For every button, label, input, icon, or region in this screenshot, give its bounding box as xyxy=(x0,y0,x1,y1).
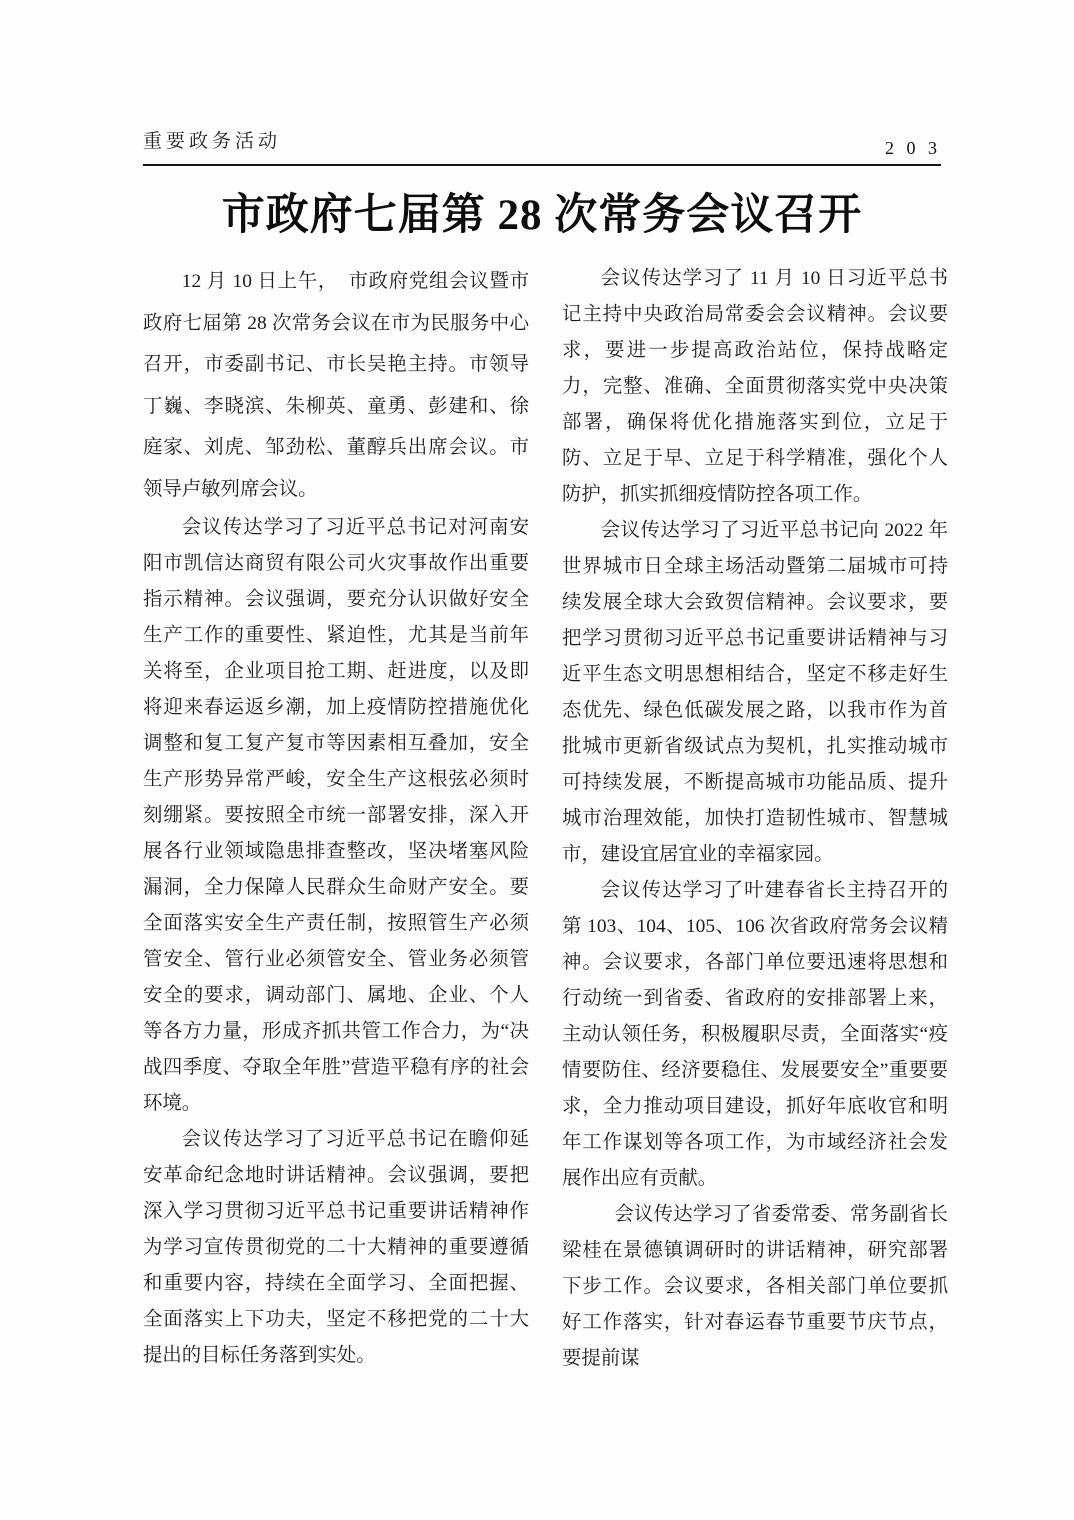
article-body: 12 月 10 日上午， 市政府党组会议暨市政府七届第 28 次常务会议在市为民… xyxy=(143,261,948,1377)
article-title: 市政府七届第 28 次常务会议召开 xyxy=(134,181,950,242)
paragraph-provincial-meetings: 会议传达学习了叶建春省长主持召开的第 103、104、105、106 次省政府常… xyxy=(562,873,948,1197)
document-page: 重要政务活动 2 0 3 市政府七届第 28 次常务会议召开 12 月 10 日… xyxy=(0,0,1074,1520)
header-rule xyxy=(143,164,941,166)
running-head: 重要政务活动 2 0 3 xyxy=(143,126,941,161)
right-column: 会议传达学习了 11 月 10 日习近平总书记主持中央政治局常委会会议精神。会议… xyxy=(562,261,948,1377)
section-label: 重要政务活动 xyxy=(143,126,281,161)
left-column: 12 月 10 日上午， 市政府党组会议暨市政府七届第 28 次常务会议在市为民… xyxy=(143,261,529,1377)
paragraph-yanan-speech: 会议传达学习了习近平总书记在瞻仰延安革命纪念地时讲话精神。会议强调，要把深入学习… xyxy=(143,1122,529,1374)
page-number: 2 0 3 xyxy=(885,138,941,161)
paragraph-opening: 12 月 10 日上午， 市政府党组会议暨市政府七届第 28 次常务会议在市为民… xyxy=(143,261,529,510)
paragraph-vice-governor-research: 会议传达学习了省委常委、常务副省长梁桂在景德镇调研时的讲话精神，研究部署下步工作… xyxy=(562,1197,948,1377)
paragraph-world-cities-day: 会议传达学习了习近平总书记向 2022 年世界城市日全球主场活动暨第二届城市可持… xyxy=(562,513,948,873)
paragraph-safety-production: 会议传达学习了习近平总书记对河南安阳市凯信达商贸有限公司火灾事故作出重要指示精神… xyxy=(143,510,529,1122)
paragraph-politburo-meeting: 会议传达学习了 11 月 10 日习近平总书记主持中央政治局常委会会议精神。会议… xyxy=(562,261,948,513)
